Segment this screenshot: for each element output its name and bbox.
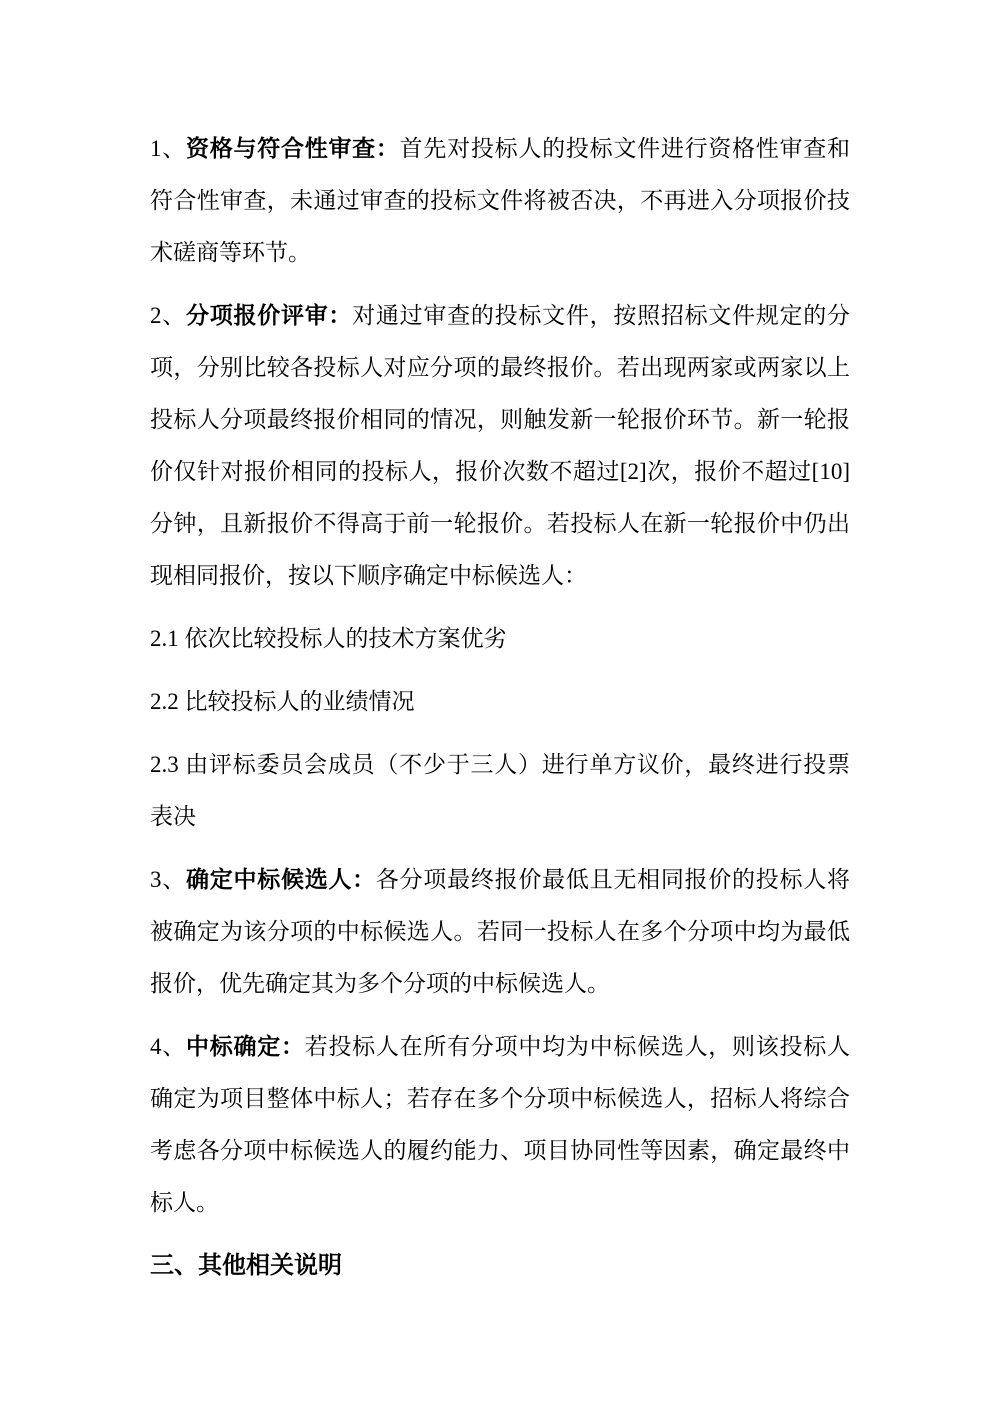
- clause-number: 2.1: [150, 626, 179, 651]
- clause-label: 分项报价评审：: [186, 303, 352, 328]
- clause-body: 对通过审查的投标文件，按照招标文件规定的分项，分别比较各投标人对应分项的最终报价…: [150, 303, 850, 588]
- paragraph-clause-2-3: 2.3 由评标委员会成员（不少于三人）进行单方议价，最终进行投票表决: [150, 739, 850, 843]
- clause-label: 确定中标候选人：: [186, 867, 376, 892]
- clause-body: 比较投标人的业绩情况: [179, 689, 415, 714]
- clause-number: 2、: [150, 303, 186, 328]
- section-heading-other-notes: 三、其他相关说明: [150, 1240, 850, 1292]
- clause-body: 依次比较投标人的技术方案优劣: [179, 626, 507, 651]
- paragraph-clause-2: 2、分项报价评审：对通过审查的投标文件，按照招标文件规定的分项，分别比较各投标人…: [150, 290, 850, 602]
- document-page: 1、资格与符合性审查：首先对投标人的投标文件进行资格性审查和符合性审查，未通过审…: [0, 0, 1000, 1414]
- paragraph-clause-4: 4、中标确定：若投标人在所有分项中均为中标候选人，则该投标人确定为项目整体中标人…: [150, 1021, 850, 1229]
- clause-number: 2.3: [150, 752, 179, 777]
- paragraph-clause-3: 3、确定中标候选人：各分项最终报价最低且无相同报价的投标人将被确定为该分项的中标…: [150, 854, 850, 1010]
- clause-body: 由评标委员会成员（不少于三人）进行单方议价，最终进行投票表决: [150, 752, 850, 829]
- clause-label: 中标确定：: [186, 1034, 305, 1059]
- clause-number: 2.2: [150, 689, 179, 714]
- paragraph-clause-2-2: 2.2 比较投标人的业绩情况: [150, 676, 850, 728]
- clause-label: 资格与符合性审查：: [186, 136, 400, 161]
- paragraph-clause-1: 1、资格与符合性审查：首先对投标人的投标文件进行资格性审查和符合性审查，未通过审…: [150, 123, 850, 279]
- paragraph-clause-2-1: 2.1 依次比较投标人的技术方案优劣: [150, 613, 850, 665]
- clause-number: 3、: [150, 867, 186, 892]
- clause-number: 1、: [150, 136, 186, 161]
- clause-number: 4、: [150, 1034, 186, 1059]
- clause-body: 若投标人在所有分项中均为中标候选人，则该投标人确定为项目整体中标人；若存在多个分…: [150, 1034, 850, 1215]
